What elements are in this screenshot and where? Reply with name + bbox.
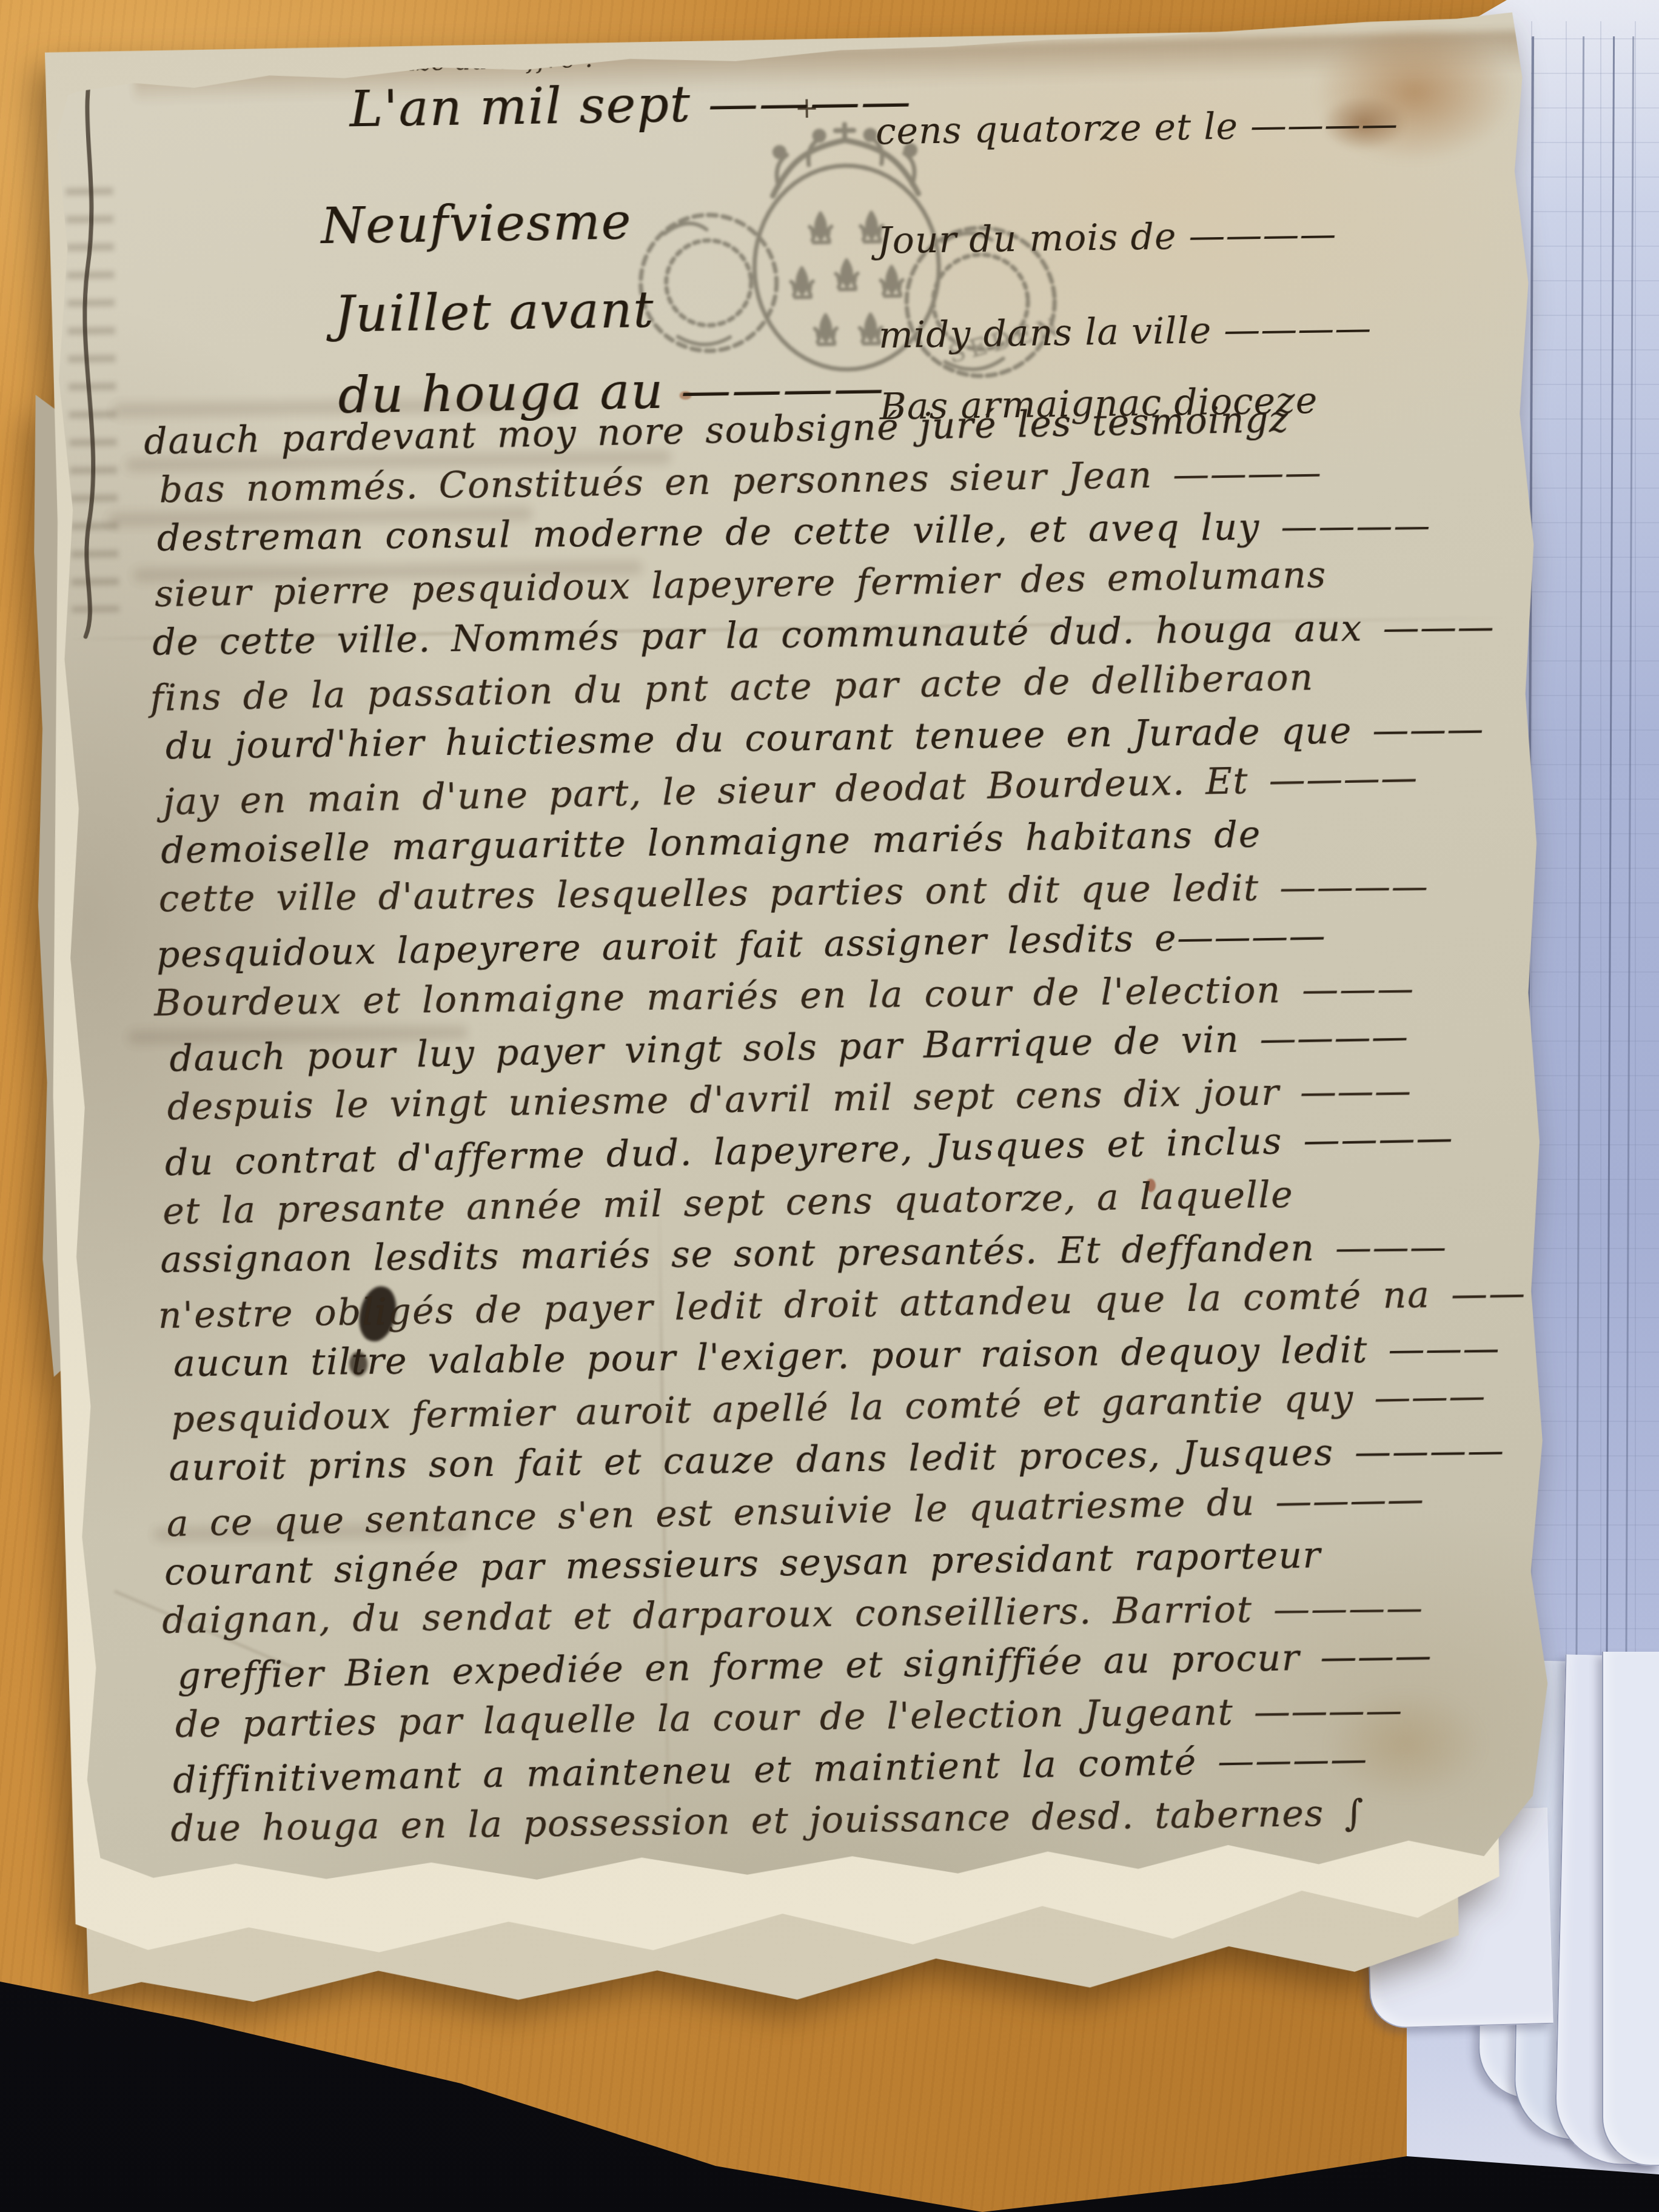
opening-lines: L'an mil sept ————cens quatorze et le ——… — [28, 2, 1532, 25]
opening-line-right: Jour du mois de ———— — [877, 213, 1337, 262]
photo-scene: { "manuscript": { "margin_note": "a la c… — [0, 0, 1659, 2212]
manuscript-stack: SEDEN + a la communauté remize au coffre… — [24, 0, 1577, 2056]
opening-line-right: cens quatorze et le ———— — [876, 103, 1399, 153]
fanned-sheet — [1602, 1652, 1659, 2166]
opening-line-left: Juillet avant — [334, 281, 655, 344]
body-lines: dauch pardevant moy nore soubsigné juré … — [152, 398, 1507, 1860]
opening-line-right: midy dans la ville ———— — [878, 307, 1372, 357]
opening-line-left: Neufviesme — [321, 193, 632, 255]
margin-brace-flourish — [64, 50, 115, 645]
manuscript-page: SEDEN + a la communauté remize au coffre… — [28, 2, 1559, 1892]
opening-line-left: L'an mil sept ———— — [349, 73, 912, 139]
